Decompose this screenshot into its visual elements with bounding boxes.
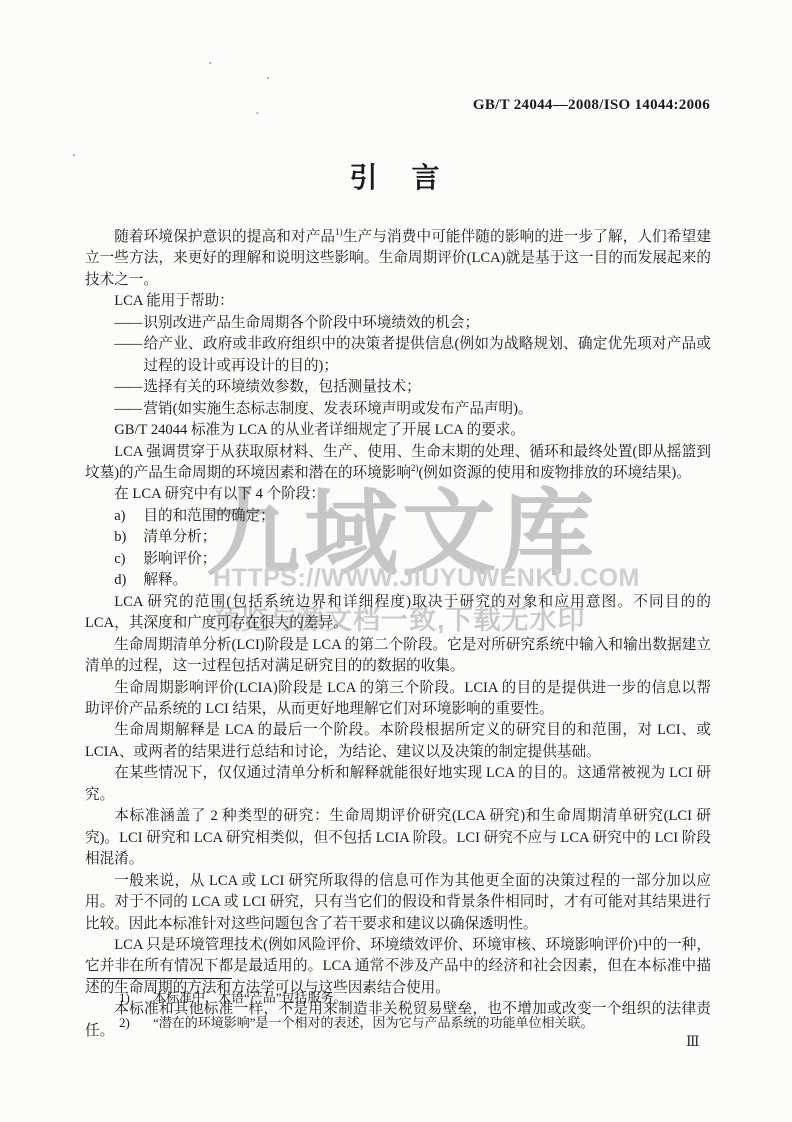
paragraph: 一般来说，从 LCA 或 LCI 研究所取得的信息可作为其他更全面的决策过程的一… (85, 871, 711, 935)
phase-marker: c) (114, 549, 143, 570)
footnote-label: 1) (119, 985, 153, 1010)
phase-list-item: b)清单分析； (85, 527, 711, 548)
phase-marker: d) (114, 570, 143, 591)
footnotes-section: 1)本标准中，术语“产品”包括服务。 2)“潜在的环境影响”是一个相对的表述，因… (85, 978, 711, 1035)
page-number: Ⅲ (686, 1034, 700, 1051)
phase-list-item: d)解释。 (85, 570, 711, 591)
footnote-text: 本标准中，术语“产品”包括服务。 (153, 990, 347, 1005)
footnote: 1)本标准中，术语“产品”包括服务。 (85, 985, 711, 1010)
list-item-text: 给产业、政府或非政府组织中的决策者提供信息(例如为战略规划、确定优先项对产品或过… (143, 336, 711, 373)
footnote-label: 2) (119, 1010, 153, 1035)
footnote-ref-1: 1) (335, 227, 343, 237)
body-text: 随着环境保护意识的提高和对产品1)生产与消费中可能伴随的影响的进一步了解，人们希… (85, 227, 711, 1042)
paragraph: LCA 强调贯穿于从获取原材料、生产、使用、生命末期的处理、循环和最终处置(即从… (85, 442, 711, 485)
dash-marker: —— (114, 313, 143, 334)
dash-list-item: ——营销(如实施生态标志制度、发表环境声明或发布产品声明)。 (85, 399, 711, 420)
dash-marker: —— (114, 334, 143, 355)
paragraph: 在某些情况下，仅仅通过清单分析和解释就能很好地实现 LCA 的目的。这通常被视为… (85, 763, 711, 806)
paragraph: 生命周期影响评价(LCIA)阶段是 LCA 的第三个阶段。LCIA 的目的是提供… (85, 678, 711, 721)
scan-speck (256, 112, 259, 114)
dash-list-item: ——选择有关的环境绩效参数，包括测量技术； (85, 377, 711, 398)
phase-marker: a) (114, 506, 143, 527)
list-item-text: 影响评价； (143, 551, 216, 567)
list-item-text: 目的和范围的确定； (143, 508, 274, 524)
dash-list-item: ——给产业、政府或非政府组织中的决策者提供信息(例如为战略规划、确定优先项对产品… (85, 334, 711, 377)
paragraph: LCA 研究的范围(包括系统边界和详细程度)取决于研究的对象和应用意图。不同目的… (85, 592, 711, 635)
footnote: 2)“潜在的环境影响”是一个相对的表述，因为它与产品系统的功能单位相关联。 (85, 1010, 711, 1035)
dash-marker: —— (114, 399, 143, 420)
paragraph: 生命周期解释是 LCA 的最后一个阶段。本阶段根据所定义的研究目的和范围，对 L… (85, 720, 711, 763)
phase-list-item: a)目的和范围的确定； (85, 506, 711, 527)
paragraph-phases-lead: 在 LCA 研究中有以下 4 个阶段： (85, 484, 711, 505)
paragraph: GB/T 24044 标准为 LCA 的从业者详细规定了开展 LCA 的要求。 (85, 420, 711, 441)
paragraph-help-lead: LCA 能用于帮助： (85, 291, 711, 312)
paragraph-text: (例如资源的使用和废物排放的环境结果)。 (418, 465, 690, 481)
footnote-text: “潜在的环境影响”是一个相对的表述，因为它与产品系统的功能单位相关联。 (153, 1015, 594, 1030)
phase-list-item: c)影响评价； (85, 549, 711, 570)
page-title: 引 言 (0, 156, 792, 196)
standard-code: GB/T 24044—2008/ISO 14044:2006 (473, 97, 710, 114)
scan-speck (267, 77, 269, 79)
dash-list-item: ——识别改进产品生命周期各个阶段中环境绩效的机会； (85, 313, 711, 334)
list-item-text: 营销(如实施生态标志制度、发表环境声明或发布产品声明)。 (143, 401, 532, 417)
paragraph-intro: 随着环境保护意识的提高和对产品1)生产与消费中可能伴随的影响的进一步了解，人们希… (85, 227, 711, 291)
list-item-text: 清单分析； (143, 529, 216, 545)
paragraph-text: 随着环境保护意识的提高和对产品 (114, 229, 335, 245)
footnote-divider (87, 978, 232, 979)
list-item-text: 选择有关的环境绩效参数，包括测量技术； (143, 379, 420, 395)
list-item-text: 识别改进产品生命周期各个阶段中环境绩效的机会； (143, 315, 479, 331)
scan-speck (209, 62, 211, 64)
list-item-text: 解释。 (143, 572, 187, 588)
phase-marker: b) (114, 527, 143, 548)
document-page: 九域文库 HTTPS://WWW.JIUYUWENKU.COM 预览与源文档一致… (0, 0, 792, 1122)
paragraph: 生命周期清单分析(LCI)阶段是 LCA 的第二个阶段。它是对所研究系统中输入和… (85, 635, 711, 678)
paragraph: 本标准涵盖了 2 种类型的研究：生命周期评价研究(LCA 研究)和生命周期清单研… (85, 806, 711, 870)
dash-marker: —— (114, 377, 143, 398)
